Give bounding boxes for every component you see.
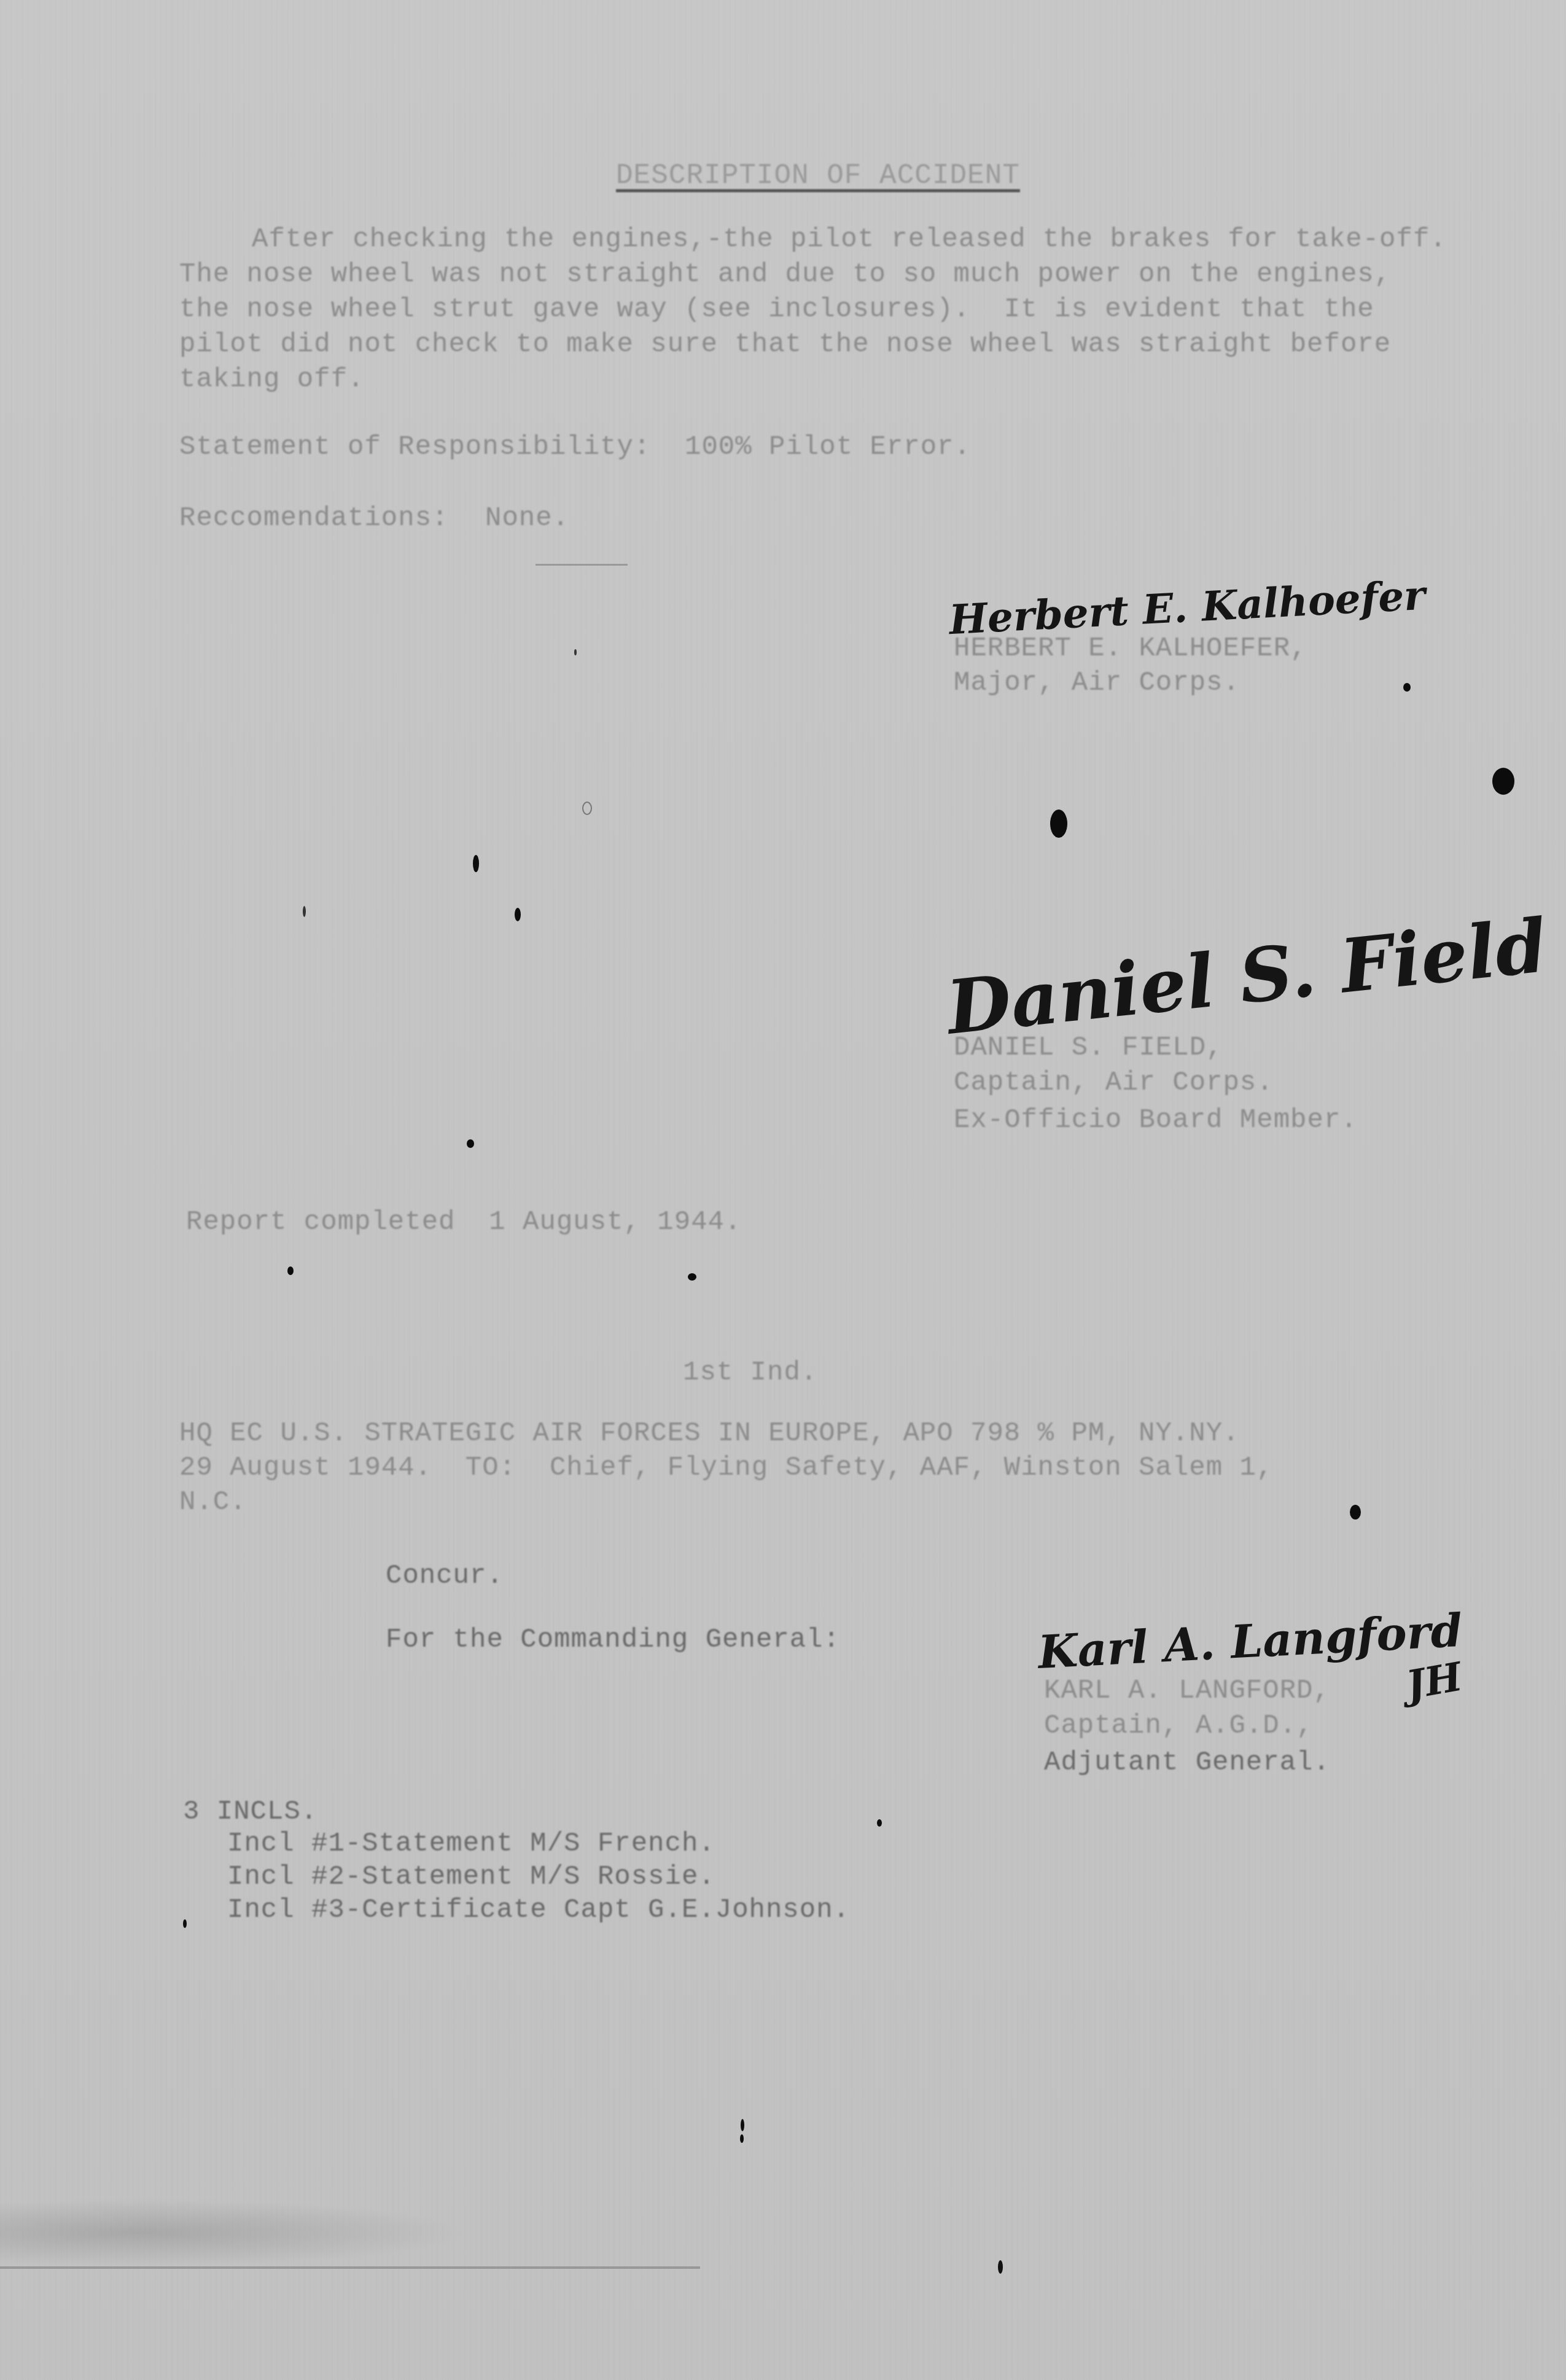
inclosure-item: Incl #2-Statement M/S Rossie.: [227, 1860, 715, 1895]
ink-speck: [287, 1266, 294, 1275]
divider: [536, 564, 628, 566]
signatory-2-role: Ex-Officio Board Member.: [954, 1103, 1358, 1138]
ink-speck: [574, 649, 577, 655]
recommendations-value: None.: [485, 501, 569, 536]
paragraph-line: After checking the engines,-the pilot re…: [252, 222, 1447, 257]
recommendations-label: Reccomendations:: [179, 501, 448, 536]
signatory-2-name: DANIEL S. FIELD,: [954, 1031, 1223, 1066]
signatory-3-rank: Captain, A.G.D.,: [1044, 1709, 1313, 1744]
document-page: DESCRIPTION OF ACCIDENT After checking t…: [0, 0, 1566, 2380]
ink-speck: [1403, 683, 1411, 692]
ink-speck: [1350, 1505, 1361, 1520]
indorsement-address-line: HQ EC U.S. STRATEGIC AIR FORCES IN EUROP…: [179, 1416, 1239, 1451]
for-commanding-general: For the Commanding General:: [386, 1623, 840, 1658]
paragraph-line: taking off.: [179, 362, 364, 397]
signature-langford: Karl A. Langford: [1037, 1604, 1463, 1679]
signature-field: Daniel S. Field: [943, 902, 1551, 1051]
ink-ring: [582, 802, 592, 815]
scan-smudge: [0, 2199, 467, 2266]
paragraph-line: the nose wheel strut gave way (see inclo…: [179, 292, 1374, 327]
ink-speck: [303, 906, 306, 917]
scan-line: [0, 2266, 700, 2269]
ink-speck: [467, 1139, 474, 1148]
inclosures-heading: 3 INCLS.: [183, 1795, 317, 1830]
report-completed-date: Report completed 1 August, 1944.: [186, 1205, 741, 1240]
signatory-2-rank: Captain, Air Corps.: [954, 1066, 1274, 1101]
paragraph-line: pilot did not check to make sure that th…: [179, 327, 1391, 362]
ink-blot: [1492, 768, 1514, 795]
ink-speck: [688, 1273, 696, 1281]
signatory-1-rank: Major, Air Corps.: [954, 666, 1240, 701]
ink-speck: [877, 1819, 882, 1827]
ink-speck: [515, 908, 521, 921]
indorsement-heading: 1st Ind.: [683, 1356, 817, 1391]
ink-blot: [1050, 810, 1067, 838]
signatory-1-name: HERBERT E. KALHOEFER,: [954, 631, 1307, 666]
responsibility-value: 100% Pilot Error.: [685, 430, 971, 465]
ink-speck: [998, 2260, 1003, 2274]
document-title: DESCRIPTION OF ACCIDENT: [616, 158, 1020, 193]
signatory-3-name: KARL A. LANGFORD,: [1044, 1674, 1330, 1709]
paragraph-line: The nose wheel was not straight and due …: [179, 257, 1391, 292]
ink-speck: [473, 855, 479, 872]
responsibility-label: Statement of Responsibility:: [179, 430, 650, 465]
ink-speck: [741, 2119, 744, 2131]
concur-text: Concur.: [386, 1559, 504, 1594]
ink-speck: [740, 2134, 744, 2143]
inclosure-item: Incl #1-Statement M/S French.: [227, 1827, 715, 1862]
signatory-3-role: Adjutant General.: [1044, 1746, 1330, 1781]
initials-mark: JH: [1403, 1654, 1465, 1709]
ink-speck: [183, 1919, 187, 1928]
inclosure-item: Incl #3-Certificate Capt G.E.Johnson.: [227, 1893, 850, 1928]
indorsement-address-line: 29 August 1944. TO: Chief, Flying Safety…: [179, 1451, 1273, 1486]
indorsement-address-line: N.C.: [179, 1485, 247, 1520]
